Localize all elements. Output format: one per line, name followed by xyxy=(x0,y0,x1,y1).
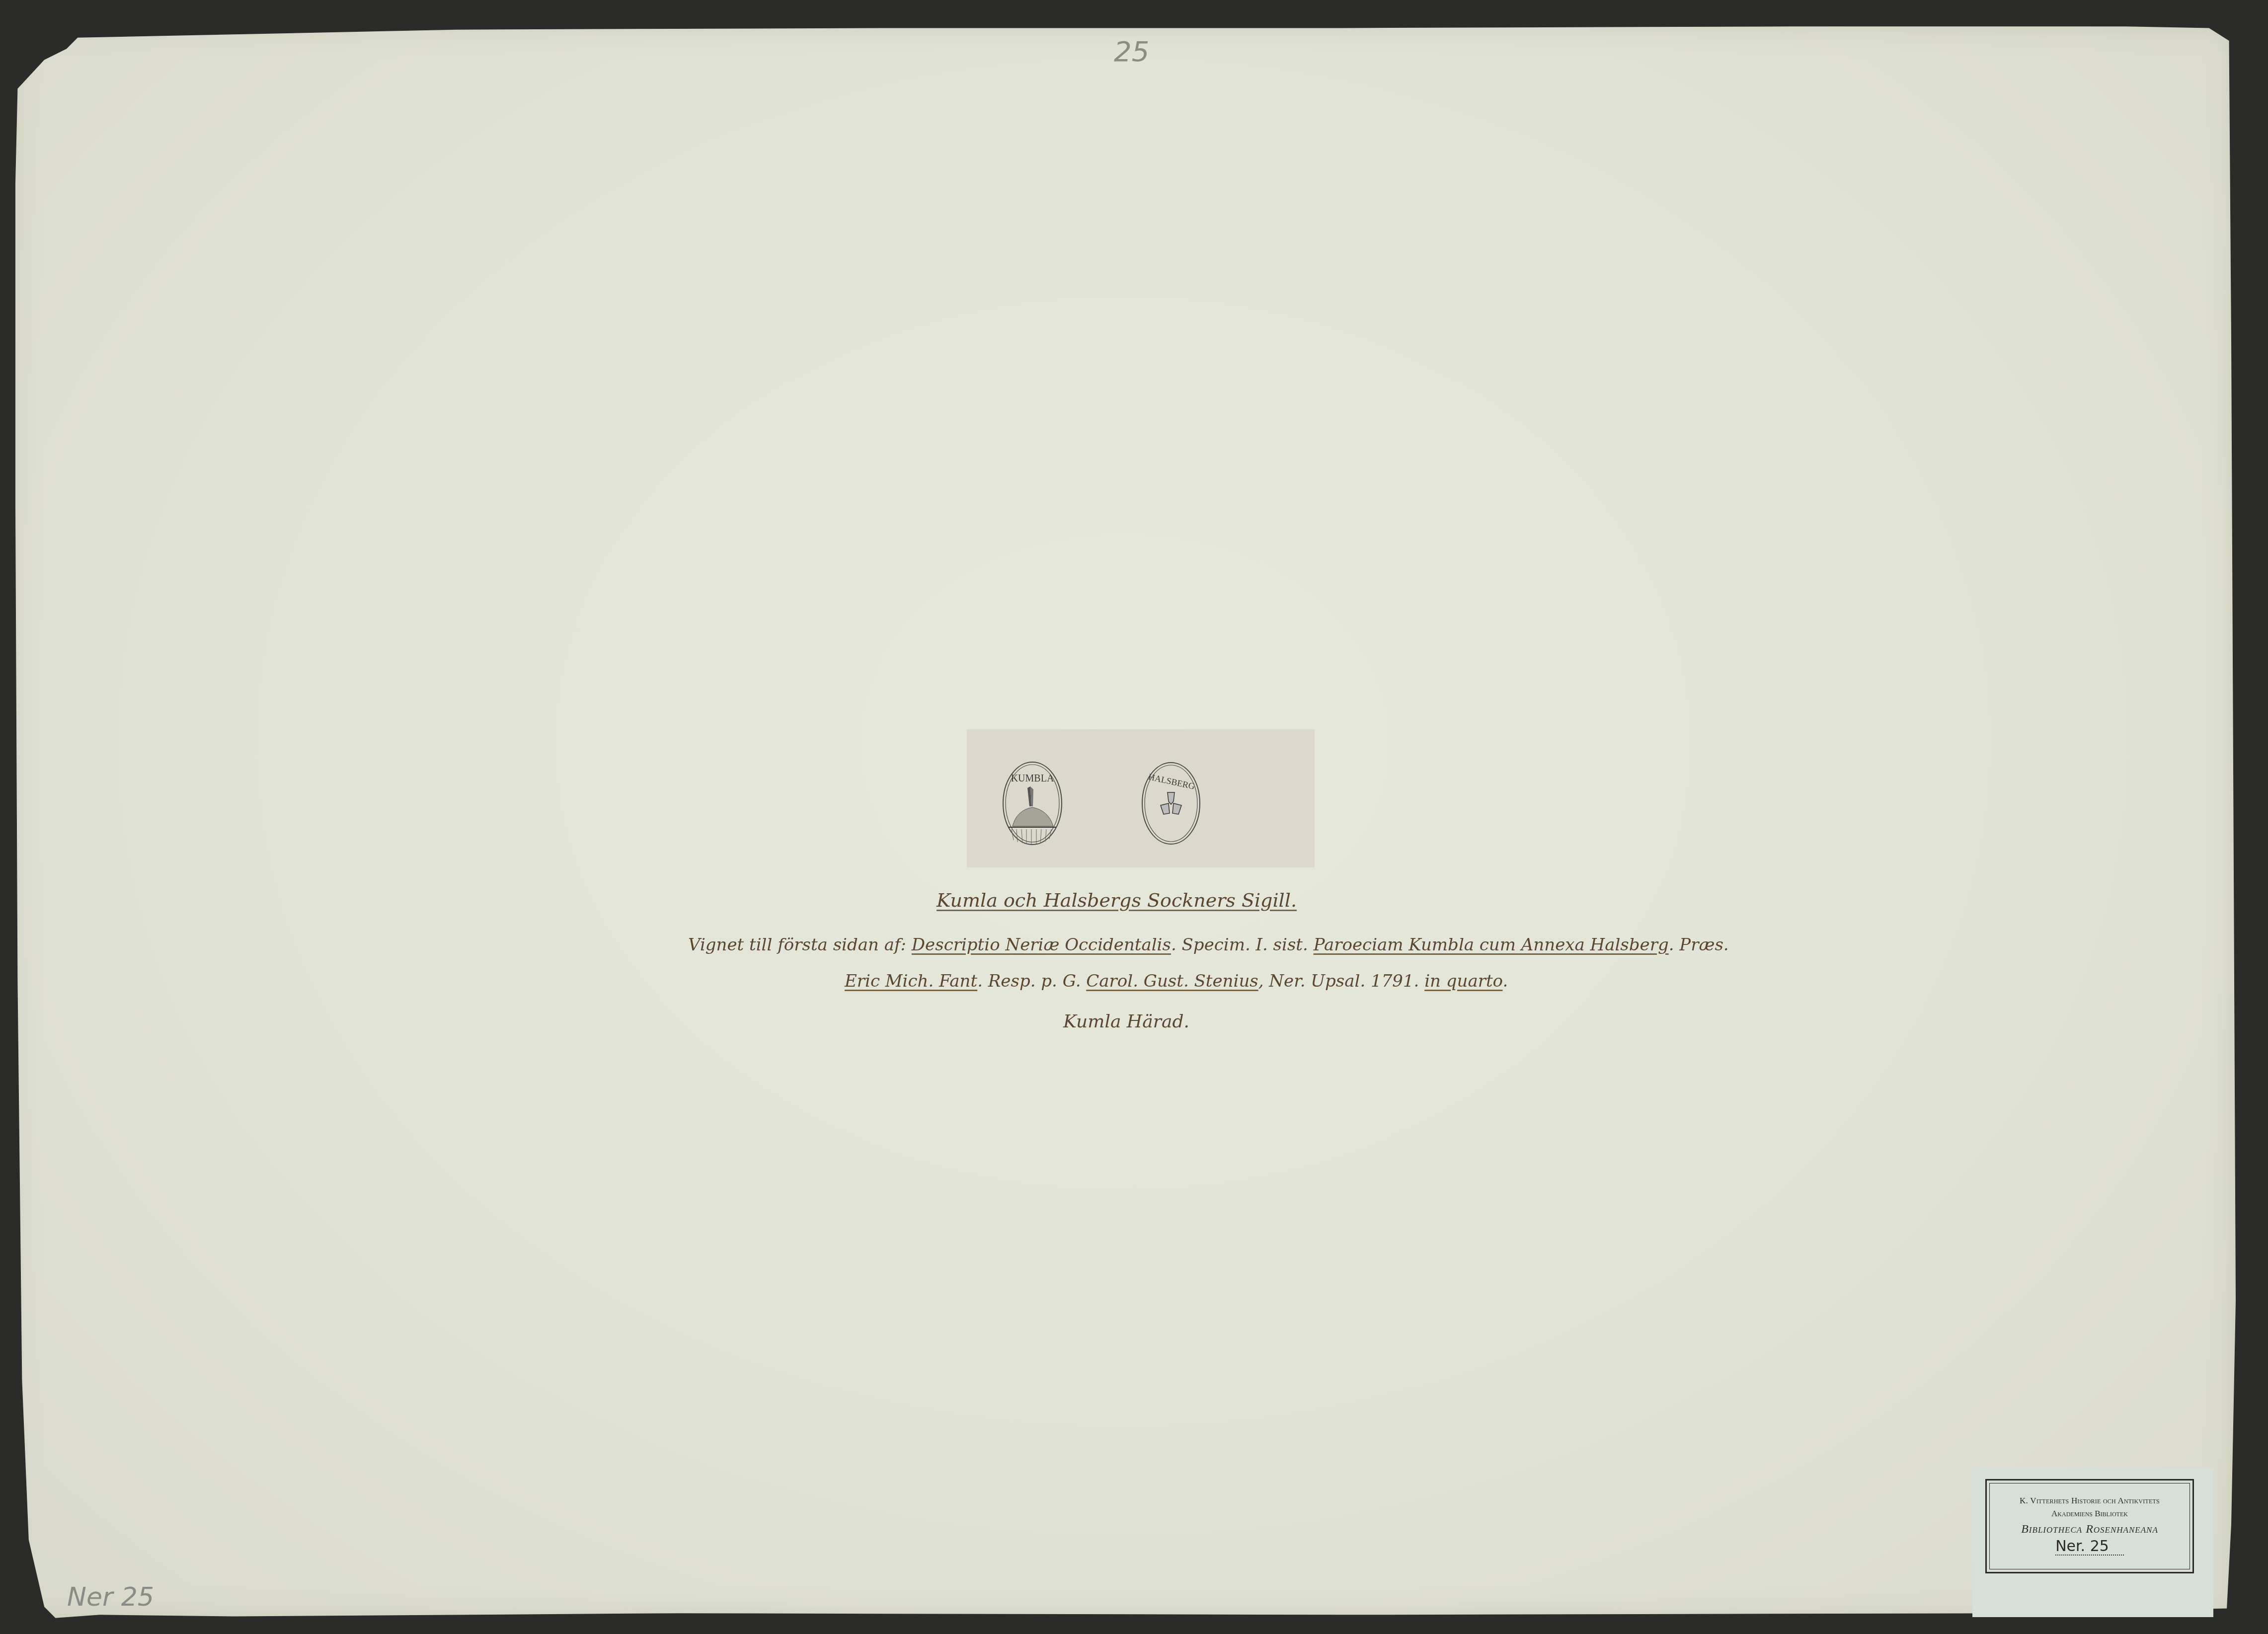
label-shelfmark: Ner. 25 xyxy=(2055,1538,2124,1556)
kumbla-seal-icon: KUMBLA xyxy=(1002,761,1063,846)
respondent-name: Carol. Gust. Stenius xyxy=(1086,971,1258,991)
format-text: in quarto xyxy=(1424,971,1502,991)
caption-line-1: Vignet till första sidan af: Descriptio … xyxy=(688,935,1729,955)
praeses-name: Eric Mich. Fant xyxy=(845,971,977,991)
district-name: Kumla Härad. xyxy=(1063,1012,1189,1032)
page-number-top: 25 xyxy=(1114,36,1149,68)
label-library: Akademiens Bibliotek xyxy=(1990,1509,2190,1519)
vignette-seals-panel: KUMBLA HALSBERG xyxy=(967,729,1315,867)
caption-text: , Ner. Upsal. 1791. xyxy=(1258,971,1424,991)
caption-text: . Resp. p. G. xyxy=(977,971,1086,991)
page-number-bottom: Ner 25 xyxy=(67,1582,154,1612)
library-label: K. Vitterhets Historie och Antikvitets A… xyxy=(1972,1468,2213,1617)
caption-text: Vignet till första sidan af: xyxy=(688,935,912,955)
label-frame: K. Vitterhets Historie och Antikvitets A… xyxy=(1985,1479,2194,1573)
work-title: Descriptio Neriæ Occidentalis xyxy=(912,935,1171,955)
svg-text:KUMBLA: KUMBLA xyxy=(1011,773,1054,784)
caption-text: . Specim. I. sist. xyxy=(1171,935,1314,955)
label-collection: Bibliotheca Rosenhaneana xyxy=(1990,1523,2190,1536)
caption-text: . Præs. xyxy=(1669,935,1729,955)
halsberg-seal-icon: HALSBERG xyxy=(1141,762,1201,845)
caption-line-2: Eric Mich. Fant. Resp. p. G. Carol. Gust… xyxy=(845,971,1508,991)
label-institution: K. Vitterhets Historie och Antikvitets xyxy=(1990,1496,2190,1506)
caption-title: Kumla och Halsbergs Sockners Sigill. xyxy=(937,889,1297,911)
caption-text: . xyxy=(1502,971,1508,991)
work-subtitle: Paroeciam Kumbla cum Annexa Halsberg xyxy=(1314,935,1669,955)
